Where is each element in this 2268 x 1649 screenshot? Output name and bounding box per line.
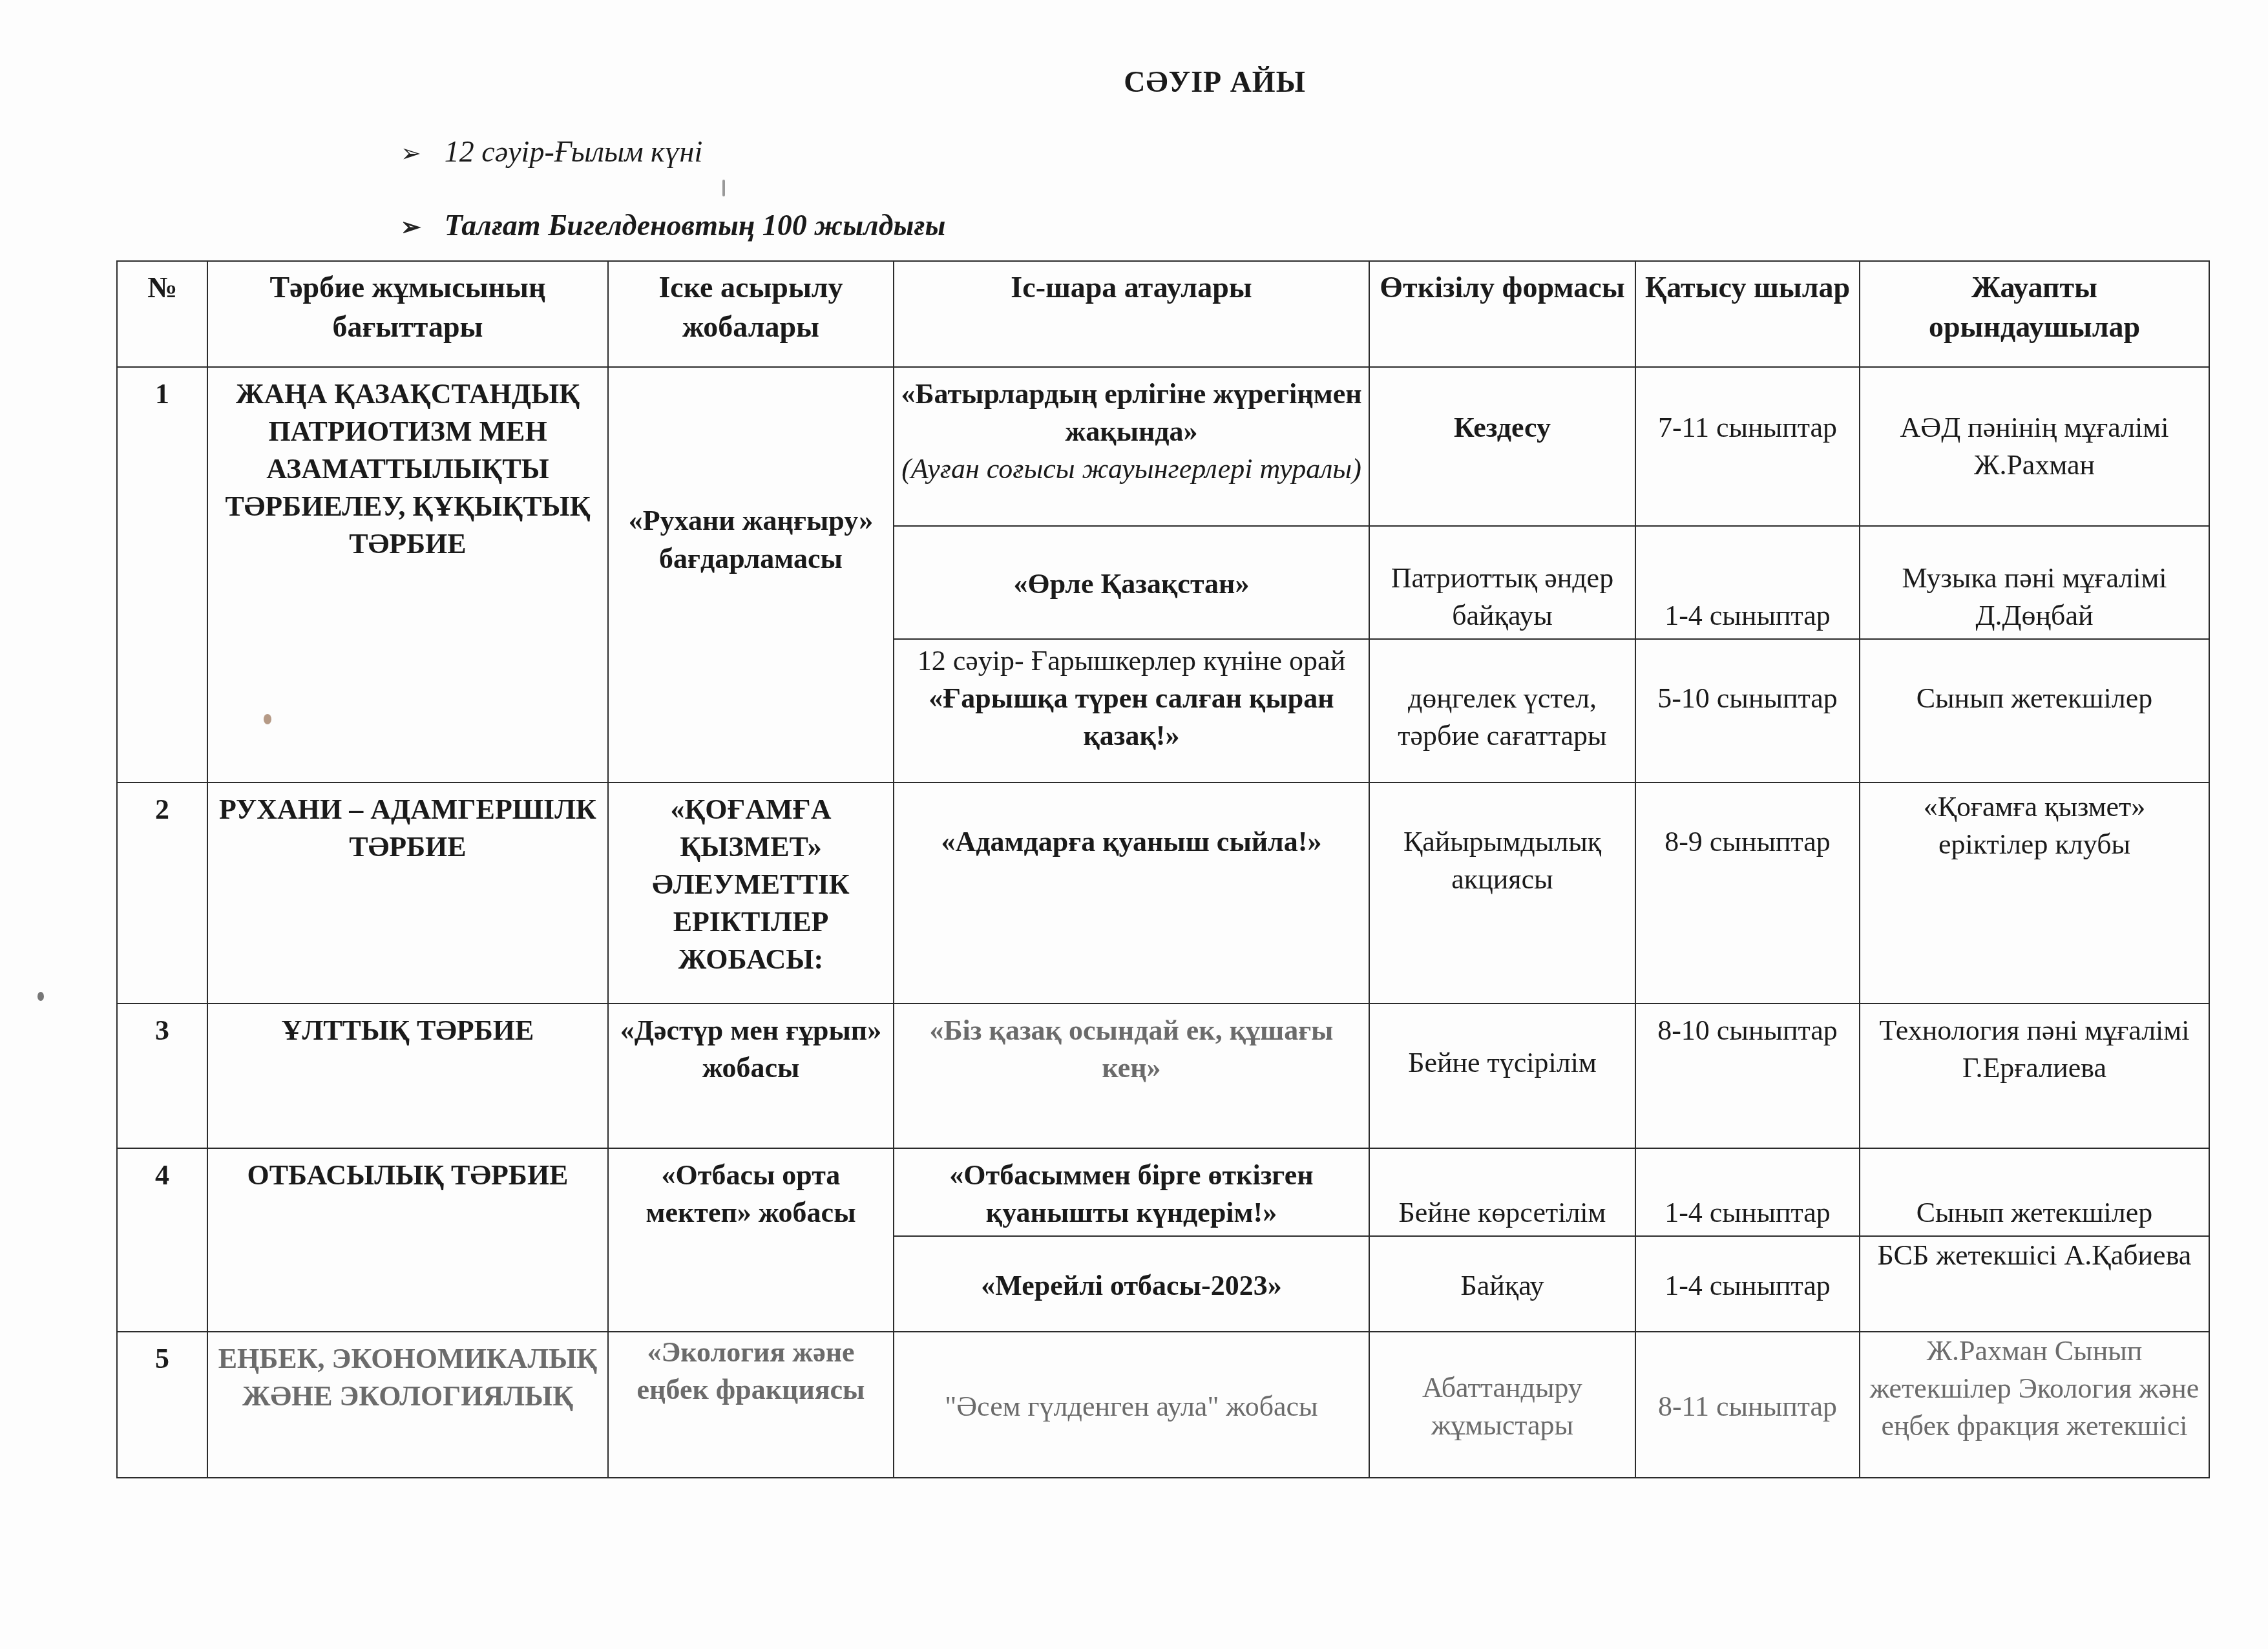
page-title: СӘУІР АЙЫ: [0, 65, 2268, 99]
scan-speck: [37, 992, 44, 1001]
responsible-cell: БСБ жетекшісі А.Қабиева: [1860, 1236, 2209, 1332]
header-events: Іс-шара атаулары: [894, 261, 1369, 367]
event-name: «Мерейлі отбасы-2023»: [901, 1267, 1362, 1305]
responsible-cell: Сынып жетекшілер: [1860, 639, 2209, 782]
event-name: «Біз қазақ осындай ек, құшағы кең»: [901, 1012, 1362, 1087]
row-number: 3: [117, 1003, 207, 1148]
form-cell: дөңгелек үстел, тәрбие сағаттары: [1369, 639, 1635, 782]
project-cell: «ҚОҒАМҒА ҚЫЗМЕТ» ӘЛЕУМЕТТІК ЕРІКТІЛЕР ЖО…: [608, 782, 894, 1003]
header-project: Іске асырылу жобалары: [608, 261, 894, 367]
table-row: 5 ЕҢБЕК, ЭКОНОМИКАЛЫҚ ЖӘНЕ ЭКОЛОГИЯЛЫҚ «…: [117, 1332, 2209, 1478]
header-form: Өткізілу формасы: [1369, 261, 1635, 367]
participants-cell: 1-4 сыныптар: [1635, 1236, 1860, 1332]
event-name: «Ғарышқа түрен салған қыран қазақ!»: [901, 680, 1362, 755]
bullet-item: ➢Талғат Бигелденовтың 100 жылдығы: [401, 208, 945, 242]
header-number: №: [117, 261, 207, 367]
scan-speck: [264, 714, 271, 724]
event-cell: «Отбасыммен бірге өткізген қуанышты күнд…: [894, 1148, 1369, 1236]
participants-cell: 8-10 сыныптар: [1635, 1003, 1860, 1148]
header-direction: Тәрбие жұмысының бағыттары: [207, 261, 608, 367]
event-name: «Адамдарға қуаныш сыйла!»: [901, 823, 1362, 861]
event-name: «Өрле Қазақстан»: [901, 565, 1362, 603]
participants-cell: 8-11 сыныптар: [1635, 1332, 1860, 1478]
responsible-cell: АӘД пәнінің мұғалімі Ж.Рахман: [1860, 367, 2209, 526]
arrow-bullet-icon: ➢: [401, 139, 421, 168]
header-responsible: Жауапты орындаушылар: [1860, 261, 2209, 367]
participants-cell: 1-4 сыныптар: [1635, 526, 1860, 639]
responsible-cell: Сынып жетекшілер: [1860, 1148, 2209, 1236]
participants-cell: 5-10 сыныптар: [1635, 639, 1860, 782]
event-cell: «Адамдарға қуаныш сыйла!»: [894, 782, 1369, 1003]
table-header-row: № Тәрбие жұмысының бағыттары Іске асырыл…: [117, 261, 2209, 367]
row-number: 4: [117, 1148, 207, 1332]
participants-cell: 1-4 сыныптар: [1635, 1148, 1860, 1236]
event-cell: «Өрле Қазақстан»: [894, 526, 1369, 639]
project-cell: «Экология және еңбек фракциясы: [608, 1332, 894, 1478]
participants-cell: 7-11 сыныптар: [1635, 367, 1860, 526]
row-number: 1: [117, 367, 207, 782]
project-cell: «Дәстүр мен ғұрып» жобасы: [608, 1003, 894, 1148]
direction-cell: ЕҢБЕК, ЭКОНОМИКАЛЫҚ ЖӘНЕ ЭКОЛОГИЯЛЫҚ: [207, 1332, 608, 1478]
project-cell: «Отбасы орта мектеп» жобасы: [608, 1148, 894, 1332]
participants-cell: 8-9 сыныптар: [1635, 782, 1860, 1003]
bullet-item: ➢12 сәуір-Ғылым күні: [401, 134, 702, 169]
bullet-text: Талғат Бигелденовтың 100 жылдығы: [445, 209, 946, 242]
row-number: 5: [117, 1332, 207, 1478]
direction-cell: ҰЛТТЫҚ ТӘРБИЕ: [207, 1003, 608, 1148]
project-cell: «Рухани жаңғыру» бағдарламасы: [608, 367, 894, 782]
form-cell: Бейне түсірілім: [1369, 1003, 1635, 1148]
form-cell: Байқау: [1369, 1236, 1635, 1332]
form-cell: Қайырымдылық акциясы: [1369, 782, 1635, 1003]
arrow-bullet-icon: ➢: [401, 213, 421, 242]
event-cell: «Батырлардың ерлігіне жүрегіңмен жақында…: [894, 367, 1369, 526]
event-cell: «Мерейлі отбасы-2023»: [894, 1236, 1369, 1332]
responsible-cell: «Қоғамға қызмет» еріктілер клубы: [1860, 782, 2209, 1003]
event-cell: «Біз қазақ осындай ек, құшағы кең»: [894, 1003, 1369, 1148]
bullet-text: 12 сәуір-Ғылым күні: [445, 135, 702, 168]
form-cell: Бейне көрсетілім: [1369, 1148, 1635, 1236]
event-prefix: 12 сәуір- Ғарышкерлер күніне орай: [901, 642, 1362, 680]
responsible-cell: Технология пәні мұғалімі Г.Ерғалиева: [1860, 1003, 2209, 1148]
responsible-cell: Музыка пәні мұғалімі Д.Дөңбай: [1860, 526, 2209, 639]
table-row: 4 ОТБАСЫЛЫҚ ТӘРБИЕ «Отбасы орта мектеп» …: [117, 1148, 2209, 1236]
direction-cell: РУХАНИ – АДАМГЕРШІЛК ТӘРБИЕ: [207, 782, 608, 1003]
form-cell: Патриоттық әндер байқауы: [1369, 526, 1635, 639]
event-cell: 12 сәуір- Ғарышкерлер күніне орай «Ғарыш…: [894, 639, 1369, 782]
form-cell: Абаттандыру жұмыстары: [1369, 1332, 1635, 1478]
table-row: 2 РУХАНИ – АДАМГЕРШІЛК ТӘРБИЕ «ҚОҒАМҒА Қ…: [117, 782, 2209, 1003]
table-row: 1 ЖАҢА ҚАЗАҚСТАНДЫҚ ПАТРИОТИЗМ МЕН АЗАМА…: [117, 367, 2209, 526]
responsible-cell: Ж.Рахман Сынып жетекшілер Экология және …: [1860, 1332, 2209, 1478]
event-name: "Әсем гүлденген аула" жобасы: [901, 1388, 1362, 1425]
direction-cell: ОТБАСЫЛЫҚ ТӘРБИЕ: [207, 1148, 608, 1332]
table-row: 3 ҰЛТТЫҚ ТӘРБИЕ «Дәстүр мен ғұрып» жобас…: [117, 1003, 2209, 1148]
plan-table: № Тәрбие жұмысының бағыттары Іске асырыл…: [116, 260, 2210, 1478]
header-participants: Қатысу шылар: [1635, 261, 1860, 367]
form-cell: Кездесу: [1369, 367, 1635, 526]
row-number: 2: [117, 782, 207, 1003]
event-name: «Батырлардың ерлігіне жүрегіңмен жақында…: [901, 375, 1362, 450]
event-cell: "Әсем гүлденген аула" жобасы: [894, 1332, 1369, 1478]
scan-speck: [722, 180, 725, 196]
event-note: (Ауған соғысы жауынгерлері туралы): [901, 450, 1362, 488]
event-name: «Отбасыммен бірге өткізген қуанышты күнд…: [901, 1157, 1362, 1232]
